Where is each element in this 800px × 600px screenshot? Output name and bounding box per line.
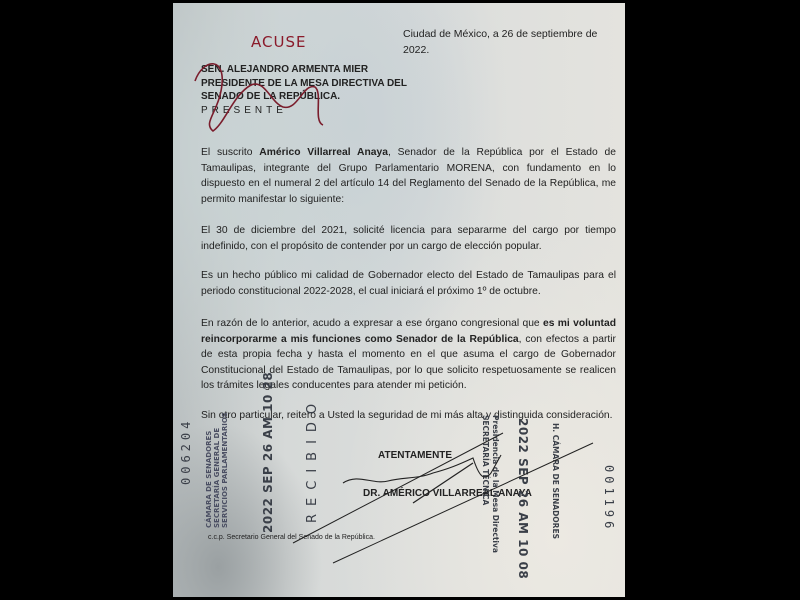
date-line: Ciudad de México, a 26 de septiembre de … xyxy=(403,27,625,58)
stamp-right-organization: Presidencia de la Mesa Directiva SECRETA… xyxy=(480,415,500,553)
paragraph-license: El 30 de diciembre del 2021, solicité li… xyxy=(201,223,616,254)
handwritten-acuse-mark: ACUSE xyxy=(251,33,306,51)
addressee-institution: SENADO DE LA REPÚBLICA. xyxy=(201,90,407,104)
stamp-right-camara: H. CÁMARA DE SENADORES xyxy=(551,423,560,539)
addressee-name: SEN. ALEJANDRO ARMENTA MIER xyxy=(201,63,407,77)
paragraph-governor: Es un hecho público mi calidad de Gobern… xyxy=(201,268,616,299)
p4-text-a: En razón de lo anterior, acudo a expresa… xyxy=(201,318,543,329)
stamp-right-folio: 001196 xyxy=(602,465,616,532)
stamp-left-folio: 006204 xyxy=(179,418,193,485)
closing-atentamente: ATENTAMENTE xyxy=(378,448,452,464)
stamp-left-org-line1: CÁMARA DE SENADORES xyxy=(205,412,213,528)
addressee-presente: PRESENTE xyxy=(201,104,407,118)
p1-text-a: El suscrito xyxy=(201,147,259,158)
p1-sender-name: Américo Villarreal Anaya xyxy=(259,147,388,158)
stamp-right-date: 2022 SEP 26 AM 10 08 xyxy=(516,418,530,579)
stamp-left-date: 2022 SEP 26 AM 10 28 xyxy=(261,372,275,533)
ccp-line: c.c.p. Secretario General del Senado de … xyxy=(208,530,375,546)
stamp-right-org-line2: SECRETARÍA TÉCNICA xyxy=(480,415,490,553)
stamp-left-organization: CÁMARA DE SENADORES SECRETARÍA GENERAL D… xyxy=(205,412,229,528)
stamp-recibido: RECIBIDO xyxy=(305,396,320,523)
scanned-letter-page: Ciudad de México, a 26 de septiembre de … xyxy=(173,3,625,597)
stamp-left-org-line3: SERVICIOS PARLAMENTARIOS xyxy=(221,412,229,528)
addressee-block: SEN. ALEJANDRO ARMENTA MIER PRESIDENTE D… xyxy=(201,63,407,117)
stamp-right-org-line1: Presidencia de la Mesa Directiva xyxy=(490,415,500,553)
addressee-title: PRESIDENTE DE LA MESA DIRECTIVA DEL xyxy=(201,77,407,91)
signer-name: DR. AMÉRICO VILLARREAL ANAYA xyxy=(363,486,532,502)
stamp-left-org-line2: SECRETARÍA GENERAL DE xyxy=(213,412,221,528)
paragraph-intro: El suscrito Américo Villarreal Anaya, Se… xyxy=(201,145,616,207)
